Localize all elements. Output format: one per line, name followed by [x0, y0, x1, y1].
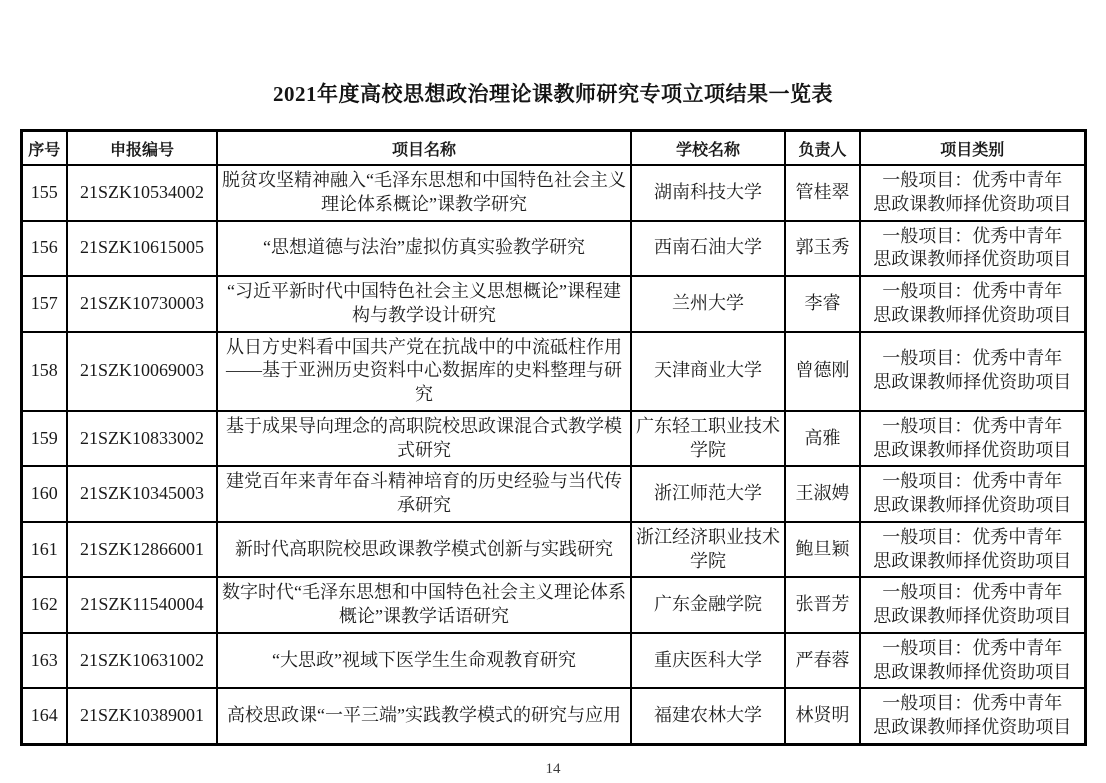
project-category-cell: 一般项目：优秀中青年 思政课教师择优资助项目: [860, 633, 1085, 689]
project-category-cell: 一般项目：优秀中青年 思政课教师择优资助项目: [860, 688, 1085, 744]
leader-cell: 林贤明: [785, 688, 860, 744]
leader-cell: 管桂翠: [785, 165, 860, 221]
project-category-cell: 一般项目：优秀中青年 思政课教师择优资助项目: [860, 332, 1085, 411]
document-page: 2021年度高校思想政治理论课教师研究专项立项结果一览表 序号 申报编号 项目名…: [0, 0, 1106, 783]
table-row: 157 21SZK10730003 “习近平新时代中国特色社会主义思想概论”课程…: [21, 276, 1085, 332]
category-line-1: 一般项目：优秀中青年: [865, 280, 1080, 304]
application-code-cell: 21SZK10631002: [67, 633, 217, 689]
school-name-cell: 浙江经济职业技术学院: [631, 522, 785, 578]
serial-number-cell: 155: [21, 165, 67, 221]
application-code-cell: 21SZK12866001: [67, 522, 217, 578]
header-serial-number: 序号: [21, 131, 67, 166]
serial-number-cell: 160: [21, 466, 67, 522]
project-name-cell: 新时代高职院校思政课教学模式创新与实践研究: [217, 522, 631, 578]
category-line-1: 一般项目：优秀中青年: [865, 526, 1080, 550]
category-line-2: 思政课教师择优资助项目: [865, 494, 1080, 518]
application-code-cell: 21SZK10389001: [67, 688, 217, 744]
project-name-cell: 从日方史料看中国共产党在抗战中的中流砥柱作用——基于亚洲历史资料中心数据库的史料…: [217, 332, 631, 411]
serial-number-cell: 156: [21, 221, 67, 277]
leader-cell: 王淑娉: [785, 466, 860, 522]
leader-cell: 张晋芳: [785, 577, 860, 633]
category-line-2: 思政课教师择优资助项目: [865, 248, 1080, 272]
serial-number-cell: 164: [21, 688, 67, 744]
projects-table: 序号 申报编号 项目名称 学校名称 负责人 项目类别 155 21SZK1053…: [20, 129, 1087, 746]
header-project-name: 项目名称: [217, 131, 631, 166]
category-line-1: 一般项目：优秀中青年: [865, 692, 1080, 716]
header-row: 序号 申报编号 项目名称 学校名称 负责人 项目类别: [21, 131, 1085, 166]
category-line-1: 一般项目：优秀中青年: [865, 637, 1080, 661]
serial-number-cell: 158: [21, 332, 67, 411]
project-name-cell: 脱贫攻坚精神融入“毛泽东思想和中国特色社会主义理论体系概论”课教学研究: [217, 165, 631, 221]
school-name-cell: 湖南科技大学: [631, 165, 785, 221]
category-line-2: 思政课教师择优资助项目: [865, 371, 1080, 395]
table-row: 162 21SZK11540004 数字时代“毛泽东思想和中国特色社会主义理论体…: [21, 577, 1085, 633]
school-name-cell: 重庆医科大学: [631, 633, 785, 689]
application-code-cell: 21SZK11540004: [67, 577, 217, 633]
application-code-cell: 21SZK10833002: [67, 411, 217, 467]
category-line-2: 思政课教师择优资助项目: [865, 439, 1080, 463]
table-header: 序号 申报编号 项目名称 学校名称 负责人 项目类别: [21, 131, 1085, 166]
table-row: 163 21SZK10631002 “大思政”视域下医学生生命观教育研究 重庆医…: [21, 633, 1085, 689]
project-name-cell: 数字时代“毛泽东思想和中国特色社会主义理论体系概论”课教学话语研究: [217, 577, 631, 633]
leader-cell: 严春蓉: [785, 633, 860, 689]
serial-number-cell: 163: [21, 633, 67, 689]
table-row: 155 21SZK10534002 脱贫攻坚精神融入“毛泽东思想和中国特色社会主…: [21, 165, 1085, 221]
school-name-cell: 天津商业大学: [631, 332, 785, 411]
school-name-cell: 浙江师范大学: [631, 466, 785, 522]
application-code-cell: 21SZK10730003: [67, 276, 217, 332]
school-name-cell: 广东金融学院: [631, 577, 785, 633]
category-line-1: 一般项目：优秀中青年: [865, 347, 1080, 371]
serial-number-cell: 159: [21, 411, 67, 467]
project-name-cell: 高校思政课“一平三端”实践教学模式的研究与应用: [217, 688, 631, 744]
project-name-cell: 基于成果导向理念的高职院校思政课混合式教学模式研究: [217, 411, 631, 467]
school-name-cell: 兰州大学: [631, 276, 785, 332]
category-line-1: 一般项目：优秀中青年: [865, 470, 1080, 494]
leader-cell: 李睿: [785, 276, 860, 332]
application-code-cell: 21SZK10069003: [67, 332, 217, 411]
project-category-cell: 一般项目：优秀中青年 思政课教师择优资助项目: [860, 165, 1085, 221]
page-title: 2021年度高校思想政治理论课教师研究专项立项结果一览表: [0, 0, 1106, 108]
school-name-cell: 福建农林大学: [631, 688, 785, 744]
project-category-cell: 一般项目：优秀中青年 思政课教师择优资助项目: [860, 221, 1085, 277]
project-category-cell: 一般项目：优秀中青年 思政课教师择优资助项目: [860, 411, 1085, 467]
header-application-code: 申报编号: [67, 131, 217, 166]
category-line-1: 一般项目：优秀中青年: [865, 225, 1080, 249]
header-school-name: 学校名称: [631, 131, 785, 166]
page-number: 14: [0, 761, 1106, 778]
table-row: 159 21SZK10833002 基于成果导向理念的高职院校思政课混合式教学模…: [21, 411, 1085, 467]
application-code-cell: 21SZK10534002: [67, 165, 217, 221]
header-leader: 负责人: [785, 131, 860, 166]
category-line-2: 思政课教师择优资助项目: [865, 193, 1080, 217]
project-name-cell: “习近平新时代中国特色社会主义思想概论”课程建构与教学设计研究: [217, 276, 631, 332]
leader-cell: 高雅: [785, 411, 860, 467]
project-category-cell: 一般项目：优秀中青年 思政课教师择优资助项目: [860, 276, 1085, 332]
table-row: 160 21SZK10345003 建党百年来青年奋斗精神培育的历史经验与当代传…: [21, 466, 1085, 522]
table-row: 156 21SZK10615005 “思想道德与法治”虚拟仿真实验教学研究 西南…: [21, 221, 1085, 277]
leader-cell: 鲍旦颖: [785, 522, 860, 578]
project-category-cell: 一般项目：优秀中青年 思政课教师择优资助项目: [860, 577, 1085, 633]
project-name-cell: “思想道德与法治”虚拟仿真实验教学研究: [217, 221, 631, 277]
leader-cell: 曾德刚: [785, 332, 860, 411]
table-body: 155 21SZK10534002 脱贫攻坚精神融入“毛泽东思想和中国特色社会主…: [21, 165, 1085, 744]
category-line-1: 一般项目：优秀中青年: [865, 415, 1080, 439]
leader-cell: 郭玉秀: [785, 221, 860, 277]
application-code-cell: 21SZK10345003: [67, 466, 217, 522]
project-name-cell: “大思政”视域下医学生生命观教育研究: [217, 633, 631, 689]
project-name-cell: 建党百年来青年奋斗精神培育的历史经验与当代传承研究: [217, 466, 631, 522]
table-row: 161 21SZK12866001 新时代高职院校思政课教学模式创新与实践研究 …: [21, 522, 1085, 578]
serial-number-cell: 157: [21, 276, 67, 332]
category-line-2: 思政课教师择优资助项目: [865, 716, 1080, 740]
application-code-cell: 21SZK10615005: [67, 221, 217, 277]
category-line-2: 思政课教师择优资助项目: [865, 304, 1080, 328]
serial-number-cell: 162: [21, 577, 67, 633]
category-line-1: 一般项目：优秀中青年: [865, 169, 1080, 193]
table-row: 158 21SZK10069003 从日方史料看中国共产党在抗战中的中流砥柱作用…: [21, 332, 1085, 411]
category-line-1: 一般项目：优秀中青年: [865, 581, 1080, 605]
category-line-2: 思政课教师择优资助项目: [865, 550, 1080, 574]
project-category-cell: 一般项目：优秀中青年 思政课教师择优资助项目: [860, 466, 1085, 522]
project-category-cell: 一般项目：优秀中青年 思政课教师择优资助项目: [860, 522, 1085, 578]
school-name-cell: 西南石油大学: [631, 221, 785, 277]
serial-number-cell: 161: [21, 522, 67, 578]
category-line-2: 思政课教师择优资助项目: [865, 605, 1080, 629]
table-row: 164 21SZK10389001 高校思政课“一平三端”实践教学模式的研究与应…: [21, 688, 1085, 744]
category-line-2: 思政课教师择优资助项目: [865, 661, 1080, 685]
header-project-category: 项目类别: [860, 131, 1085, 166]
school-name-cell: 广东轻工职业技术学院: [631, 411, 785, 467]
